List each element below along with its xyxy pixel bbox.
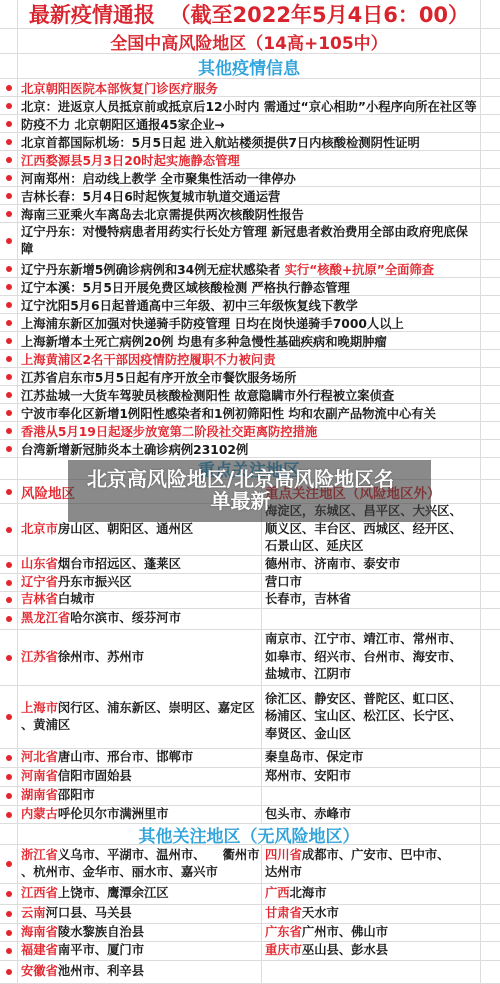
news-cell: 防疫不力 北京朝阳区通报45家企业→ (18, 115, 480, 132)
news-text: 上海黄浦区2名干部因疫情防控履职不力被问责 (21, 350, 276, 367)
risk-areas: 邵阳市 (58, 788, 95, 802)
risk-area-cell: 吉林省白城市 (18, 592, 262, 608)
subtitle-row: 全国中高风险地区（14高+105中） (0, 29, 500, 54)
risk-row: 湖南省邵阳市 (0, 787, 500, 806)
areas: 天水市 (302, 906, 339, 920)
news-row: 江苏省启东市5月5日起有序开放全市餐饮服务场所 (0, 368, 500, 386)
spare-cell (480, 332, 500, 349)
news-row: 海南三亚乘火车离岛去北京需提供两次核酸阴性报告 (0, 205, 500, 223)
bullet-cell (0, 368, 18, 385)
bullet-icon (6, 812, 12, 818)
news-cell: 辽宁本溪：5月5日开展免费区域核酸检测 严格执行静态管理 (18, 278, 480, 295)
focus-areas: 德州市、济南市、泰安市 (265, 556, 400, 573)
risk-area-cell: 山东省烟台市招远区、蓬莱区 (18, 556, 262, 573)
bullet-cell (0, 278, 18, 295)
risk-area-text: 黑龙江省哈尔滨市、绥芬河市 (21, 610, 181, 628)
focus-areas: 徐汇区、静安区、普陀区、虹口区、 杨浦区、宝山区、松江区、长宁区、 奉贤区、金山… (265, 691, 462, 744)
news-cell: 上海新增本土死亡病例20例 均患有多种急慢性基础疾病和晚期肿瘤 (18, 332, 480, 349)
news-cell: 宁波市奉化区新增1例阳性感染者和1例初筛阳性 均和农副产品物流中心有关 (18, 404, 480, 421)
news-row: 辽宁本溪：5月5日开展免费区域核酸检测 严格执行静态管理 (0, 278, 500, 296)
news-text: 吉林长春：5月4日6时起恢复城市轨道交通运营 (21, 187, 280, 204)
news-cell: 江苏盐城一大货车驾驶员核酸检测阳性 故意隐瞒市外行程被立案侦查 (18, 386, 480, 403)
news-text: 辽宁丹东：对慢特病患者用药实行长处方管理 新冠患者救治费用全部由政府兜底保障 (21, 224, 480, 259)
spare-cell (480, 54, 500, 78)
bullet-icon (6, 616, 12, 622)
bullet-icon (6, 655, 12, 661)
bullet-icon (6, 211, 12, 217)
bullet-icon (6, 714, 12, 720)
bullet-cell (0, 0, 18, 28)
other-left-text: 福建省南平市、厦门市 (21, 942, 144, 960)
other-heading: 其他关注地区（无风险地区） (18, 824, 480, 844)
province-label: 广东省 (265, 925, 302, 939)
province-label: 山东省 (21, 557, 58, 571)
province-label: 辽宁省 (21, 575, 58, 589)
spare-cell (480, 29, 500, 53)
risk-area-cell: 湖南省邵阳市 (18, 787, 262, 805)
risk-area-cell: 内蒙古呼伦贝尔市满洲里市 (18, 806, 262, 823)
bullet-icon (6, 527, 12, 533)
focus-areas: 包头市、赤峰市 (265, 806, 351, 823)
spare-cell (480, 0, 500, 28)
bullet-icon (6, 139, 12, 145)
news-cell: 台湾新增新冠肺炎本土确诊病例23102例 (18, 440, 480, 457)
bullet-cell (0, 787, 18, 805)
spare-cell (480, 187, 500, 204)
bullet-icon (6, 284, 12, 290)
focus-area-cell: 营口市 (262, 574, 480, 591)
focus-area-cell: 南京市、江宁市、靖江市、常州市、 如皋市、绍兴市、台州市、海安市、 盐城市、江阴… (262, 630, 480, 685)
areas: 上饶市、鹰潭余江区 (58, 886, 169, 900)
province-label: 河北省 (21, 750, 58, 764)
risk-area-cell: 河南省信阳市固始县 (18, 768, 262, 786)
news-cell: 北京首都国际机场：5月5日起 进入航站楼须提供7日内核酸检测阴性证明 (18, 133, 480, 150)
bullet-cell (0, 942, 18, 960)
bullet-cell (0, 504, 18, 555)
areas: 陵水黎族自治县 (58, 925, 144, 939)
bullet-cell (0, 169, 18, 186)
spare-cell (480, 845, 500, 883)
risk-row: 内蒙古呼伦贝尔市满洲里市 包头市、赤峰市 (0, 806, 500, 824)
bullet-icon (6, 157, 12, 163)
spare-cell (480, 260, 500, 277)
bullet-icon (6, 356, 12, 362)
bullet-cell (0, 574, 18, 591)
risk-area-cell: 上海市闵行区、浦东新区、崇明区、嘉定区 、黄浦区 (18, 686, 262, 748)
news-text: 台湾新增新冠肺炎本土确诊病例23102例 (21, 440, 248, 457)
bullet-cell (0, 97, 18, 114)
bullet-cell (0, 884, 18, 904)
other-right-text: 重庆市巫山县、彭水县 (265, 942, 388, 960)
focus-area-cell: 秦皇岛市、保定市 (262, 749, 480, 767)
bullet-icon (6, 446, 12, 452)
risk-row: 河南省信阳市固始县 郑州市、安阳市 (0, 768, 500, 787)
other-left-cell: 安徽省池州市、利辛县 (18, 961, 262, 983)
news-cell: 江苏省启东市5月5日起有序开放全市餐饮服务场所 (18, 368, 480, 385)
other-left-cell: 福建省南平市、厦门市 (18, 942, 262, 960)
news-row: 宁波市奉化区新增1例阳性感染者和1例初筛阳性 均和农副产品物流中心有关 (0, 404, 500, 422)
news-row: 北京朝阳医院本部恢复门诊医疗服务 (0, 79, 500, 97)
focus-area-cell: 长春市，吉林省 (262, 592, 480, 608)
province-label: 内蒙古 (21, 807, 58, 821)
bullet-cell (0, 223, 18, 259)
risk-areas: 徐州市、苏州市 (58, 650, 144, 664)
spare-cell (480, 942, 500, 960)
spare-cell (480, 169, 500, 186)
risk-areas: 哈尔滨市、绥芬河市 (70, 611, 181, 625)
bullet-cell (0, 924, 18, 941)
spare-cell (480, 787, 500, 805)
news-text: 北京首都国际机场：5月5日起 进入航站楼须提供7日内核酸检测阴性证明 (21, 133, 420, 150)
focus-area-cell (262, 609, 480, 629)
bullet-icon (6, 930, 12, 936)
other-row: 云南河口县、马关县 甘肃省天水市 (0, 905, 500, 924)
province-label: 湖南省 (21, 788, 58, 802)
bullet-cell (0, 845, 18, 883)
risk-areas: 白城市 (58, 592, 95, 606)
risk-row: 吉林省白城市 长春市，吉林省 (0, 592, 500, 609)
risk-areas: 丹东市振兴区 (58, 575, 132, 589)
other-row: 安徽省池州市、利辛县 (0, 961, 500, 984)
spare-cell (480, 314, 500, 331)
bullet-icon (6, 103, 12, 109)
spare-cell (480, 768, 500, 786)
bullet-icon (6, 969, 12, 975)
focus-areas: 秦皇岛市、保定市 (265, 749, 363, 767)
news-text: 海南三亚乘火车离岛去北京需提供两次核酸阴性报告 (21, 205, 304, 222)
bullet-icon (6, 793, 12, 799)
province-label: 福建省 (21, 943, 58, 957)
news-cell: 香港从5月19日起逐步放宽第二阶段社交距离防控措施 (18, 422, 480, 439)
spare-cell (480, 884, 500, 904)
bullet-icon (6, 121, 12, 127)
bullet-cell (0, 905, 18, 923)
focus-area-cell: 包头市、赤峰市 (262, 806, 480, 823)
bullet-icon (6, 948, 12, 954)
news-cell: 北京：进返京人员抵京前或抵京后12小时内 需通过“京心相助”小程序向所在社区等 (18, 97, 480, 114)
news-heading: 其他疫情信息 (18, 54, 480, 78)
other-right-cell: 甘肃省天水市 (262, 905, 480, 923)
other-heading-row: 其他关注地区（无风险地区） (0, 824, 500, 845)
other-row: 江西省上饶市、鹰潭余江区 广西北海市 (0, 884, 500, 905)
bullet-cell (0, 296, 18, 313)
areas: 南平市、厦门市 (58, 943, 144, 957)
spare-cell (480, 574, 500, 591)
focus-area-cell: 郑州市、安阳市 (262, 768, 480, 786)
news-row: 香港从5月19日起逐步放宽第二阶段社交距离防控措施 (0, 422, 500, 440)
bullet-icon (6, 410, 12, 416)
province-label: 广西 (265, 886, 290, 900)
spare-cell (480, 205, 500, 222)
risk-area-text: 山东省烟台市招远区、蓬莱区 (21, 556, 181, 573)
areas: 池州市、利辛县 (58, 964, 144, 978)
other-row: 福建省南平市、厦门市 重庆市巫山县、彭水县 (0, 942, 500, 961)
focus-area-cell: 德州市、济南市、泰安市 (262, 556, 480, 573)
bullet-icon (6, 428, 12, 434)
bullet-cell (0, 350, 18, 367)
bullet-cell (0, 556, 18, 573)
news-text: 上海浦东新区加强对快递骑手防疫管理 日均在岗快递骑手7000人以上 (21, 314, 404, 331)
areas: 广州市、佛山市 (302, 925, 388, 939)
spare-cell (480, 924, 500, 941)
bullet-icon (6, 175, 12, 181)
bullet-cell (0, 29, 18, 53)
spare-cell (480, 480, 500, 503)
province-label: 吉林省 (21, 592, 58, 606)
province-label: 江西省 (21, 886, 58, 900)
news-text: 宁波市奉化区新增1例阳性感染者和1例初筛阳性 均和农副产品物流中心有关 (21, 404, 436, 421)
province-label: 河南省 (21, 769, 58, 783)
news-row: 上海浦东新区加强对快递骑手防疫管理 日均在岗快递骑手7000人以上 (0, 314, 500, 332)
spare-cell (480, 592, 500, 608)
bullet-icon (6, 755, 12, 761)
spare-cell (480, 97, 500, 114)
other-right-cell: 四川省成都市、广安市、巴中市、 达州市 (262, 845, 480, 883)
spare-cell (480, 115, 500, 132)
news-text: 北京朝阳医院本部恢复门诊医疗服务 (21, 79, 218, 96)
other-row: 浙江省义乌市、平湖市、温州市、 衢州市 、杭州市、金华市、丽水市、嘉兴市 四川省… (0, 845, 500, 884)
risk-area-cell: 辽宁省丹东市振兴区 (18, 574, 262, 591)
bullet-icon (6, 562, 12, 568)
other-right-cell: 广东省广州市、佛山市 (262, 924, 480, 941)
other-right-text: 广西北海市 (265, 885, 327, 903)
province-label: 黑龙江省 (21, 611, 70, 625)
news-row: 北京：进返京人员抵京前或抵京后12小时内 需通过“京心相助”小程序向所在社区等 (0, 97, 500, 115)
risk-areas: 唐山市、邢台市、邯郸市 (58, 750, 193, 764)
areas: 巫山县、彭水县 (302, 943, 388, 957)
focus-area-cell (262, 787, 480, 805)
bullet-icon (6, 302, 12, 308)
spare-cell (480, 504, 500, 555)
province-label: 四川省 (265, 848, 302, 862)
bullet-icon (6, 911, 12, 917)
news-text: 辽宁丹东新增5例确诊病例和34例无症状感染者 (21, 263, 285, 277)
other-right-text: 甘肃省天水市 (265, 905, 339, 923)
bullet-cell (0, 115, 18, 132)
news-text: 防疫不力 北京朝阳区通报45家企业→ (21, 115, 225, 132)
province-label: 重庆市 (265, 943, 302, 957)
province-label: 甘肃省 (265, 906, 302, 920)
other-left-cell: 云南河口县、马关县 (18, 905, 262, 923)
bullet-cell (0, 480, 18, 503)
bullet-icon (6, 374, 12, 380)
spare-cell (480, 630, 500, 685)
bullet-cell (0, 768, 18, 786)
spare-cell (480, 79, 500, 96)
news-cell: 吉林长春：5月4日6时起恢复城市轨道交通运营 (18, 187, 480, 204)
news-text: 辽宁沈阳5月6日起普通高中三年级、初中三年级恢复线下教学 (21, 296, 358, 313)
province-label: 云南 (21, 906, 46, 920)
bullet-icon (6, 193, 12, 199)
spare-cell (480, 386, 500, 403)
risk-area-text: 江苏省徐州市、苏州市 (21, 649, 144, 667)
bullet-cell (0, 824, 18, 844)
focus-areas: 长春市，吉林省 (265, 592, 351, 608)
risk-area-text: 北京市房山区、朝阳区、通州区 (21, 521, 193, 539)
bullet-icon (6, 597, 12, 603)
spare-cell (480, 556, 500, 573)
spare-cell (480, 133, 500, 150)
bullet-cell (0, 422, 18, 439)
risk-area-cell: 江苏省徐州市、苏州市 (18, 630, 262, 685)
news-text: 江苏省启东市5月5日起有序开放全市餐饮服务场所 (21, 368, 296, 385)
bullet-icon (6, 774, 12, 780)
bullet-cell (0, 260, 18, 277)
other-left-text: 海南省陵水黎族自治县 (21, 924, 144, 941)
risk-area-text: 吉林省白城市 (21, 592, 95, 608)
spare-cell (480, 440, 500, 457)
other-left-cell: 海南省陵水黎族自治县 (18, 924, 262, 941)
province-label: 浙江省 (21, 848, 58, 862)
bullet-cell (0, 630, 18, 685)
spare-cell (480, 806, 500, 823)
news-text: 香港从5月19日起逐步放宽第二阶段社交距离防控措施 (21, 422, 317, 439)
news-cell: 辽宁丹东新增5例确诊病例和34例无症状感染者 实行“核酸+抗原”全面筛查 (18, 260, 480, 277)
other-right-text: 广东省广州市、佛山市 (265, 924, 388, 941)
other-right-cell: 广西北海市 (262, 884, 480, 904)
spare-cell (480, 151, 500, 168)
news-row: 北京首都国际机场：5月5日起 进入航站楼须提供7日内核酸检测阴性证明 (0, 133, 500, 151)
bullet-cell (0, 314, 18, 331)
title-row: 最新疫情通报 （截至2022年5月4日6：00） (0, 0, 500, 29)
bullet-icon (6, 266, 12, 272)
province-label: 上海市 (21, 701, 58, 715)
news-cell: 北京朝阳医院本部恢复门诊医疗服务 (18, 79, 480, 96)
risk-area-text: 湖南省邵阳市 (21, 787, 95, 805)
risk-areas: 信阳市固始县 (58, 769, 132, 783)
bullet-cell (0, 686, 18, 748)
caption-overlay: 北京高风险地区/北京高风险地区名单最新 (68, 460, 431, 522)
news-highlight: 实行“核酸+抗原”全面筛查 (285, 263, 434, 277)
risk-row: 江苏省徐州市、苏州市 南京市、江宁市、靖江市、常州市、 如皋市、绍兴市、台州市、… (0, 630, 500, 686)
spare-cell (480, 458, 500, 479)
bullet-cell (0, 961, 18, 983)
other-row: 海南省陵水黎族自治县 广东省广州市、佛山市 (0, 924, 500, 942)
news-row: 河南郑州：启动线上教学 全市聚集性活动一律停办 (0, 169, 500, 187)
province-label: 安徽省 (21, 964, 58, 978)
bullet-cell (0, 54, 18, 78)
bullet-icon (6, 320, 12, 326)
news-text: 江西婺源县5月3日20时起实施静态管理 (21, 151, 240, 168)
news-cell: 辽宁沈阳5月6日起普通高中三年级、初中三年级恢复线下教学 (18, 296, 480, 313)
news-heading-row: 其他疫情信息 (0, 54, 500, 79)
other-right-cell: 重庆市巫山县、彭水县 (262, 942, 480, 960)
report-subtitle: 全国中高风险地区（14高+105中） (18, 29, 480, 53)
risk-area-cell: 黑龙江省哈尔滨市、绥芬河市 (18, 609, 262, 629)
news-text-wrap: 辽宁丹东新增5例确诊病例和34例无症状感染者 实行“核酸+抗原”全面筛查 (21, 260, 434, 277)
spare-cell (480, 296, 500, 313)
bullet-cell (0, 806, 18, 823)
bullet-cell (0, 151, 18, 168)
news-row: 辽宁沈阳5月6日起普通高中三年级、初中三年级恢复线下教学 (0, 296, 500, 314)
news-row: 上海黄浦区2名干部因疫情防控履职不力被问责 (0, 350, 500, 368)
risk-area-text: 河南省信阳市固始县 (21, 768, 132, 786)
bullet-cell (0, 592, 18, 608)
risk-areas: 烟台市招远区、蓬莱区 (58, 557, 181, 571)
other-left-text: 浙江省义乌市、平湖市、温州市、 衢州市 、杭州市、金华市、丽水市、嘉兴市 (21, 847, 260, 882)
spare-cell (480, 350, 500, 367)
other-left-text: 安徽省池州市、利辛县 (21, 963, 144, 981)
bullet-cell (0, 386, 18, 403)
province-label: 北京市 (21, 522, 58, 536)
spare-cell (480, 961, 500, 983)
spare-cell (480, 223, 500, 259)
other-left-text: 云南河口县、马关县 (21, 905, 132, 923)
focus-areas: 郑州市、安阳市 (265, 768, 351, 786)
news-text: 江苏盐城一大货车驾驶员核酸检测阳性 故意隐瞒市外行程被立案侦查 (21, 386, 394, 403)
province-label: 江苏省 (21, 650, 58, 664)
risk-row: 上海市闵行区、浦东新区、崇明区、嘉定区 、黄浦区 徐汇区、静安区、普陀区、虹口区… (0, 686, 500, 749)
risk-row: 河北省唐山市、邢台市、邯郸市 秦皇岛市、保定市 (0, 749, 500, 768)
news-text: 北京：进返京人员抵京前或抵京后12小时内 需通过“京心相助”小程序向所在社区等 (21, 97, 477, 114)
news-cell: 上海黄浦区2名干部因疫情防控履职不力被问责 (18, 350, 480, 367)
other-left-text: 江西省上饶市、鹰潭余江区 (21, 885, 169, 903)
risk-area-text: 辽宁省丹东市振兴区 (21, 574, 132, 591)
news-row: 防疫不力 北京朝阳区通报45家企业→ (0, 115, 500, 133)
risk-row: 辽宁省丹东市振兴区 营口市 (0, 574, 500, 592)
bullet-cell (0, 187, 18, 204)
news-text: 辽宁本溪：5月5日开展免费区域核酸检测 严格执行静态管理 (21, 278, 350, 295)
risk-area-text: 河北省唐山市、邢台市、邯郸市 (21, 749, 193, 767)
bullet-cell (0, 609, 18, 629)
risk-area-cell: 河北省唐山市、邢台市、邯郸市 (18, 749, 262, 767)
other-left-cell: 江西省上饶市、鹰潭余江区 (18, 884, 262, 904)
areas: 河口县、马关县 (46, 906, 132, 920)
bullet-cell (0, 458, 18, 479)
other-right-text: 四川省成都市、广安市、巴中市、 达州市 (265, 847, 449, 882)
bullet-icon (6, 580, 12, 586)
news-row: 台湾新增新冠肺炎本土确诊病例23102例 (0, 440, 500, 458)
spare-cell (480, 368, 500, 385)
report-title: 最新疫情通报 （截至2022年5月4日6：00） (18, 0, 480, 28)
news-row: 吉林长春：5月4日6时起恢复城市轨道交通运营 (0, 187, 500, 205)
bullet-cell (0, 133, 18, 150)
spare-cell (480, 686, 500, 748)
risk-areas: 呼伦贝尔市满洲里市 (58, 807, 169, 821)
other-left-cell: 浙江省义乌市、平湖市、温州市、 衢州市 、杭州市、金华市、丽水市、嘉兴市 (18, 845, 262, 883)
news-row: 江苏盐城一大货车驾驶员核酸检测阳性 故意隐瞒市外行程被立案侦查 (0, 386, 500, 404)
risk-area-text: 上海市闵行区、浦东新区、崇明区、嘉定区 、黄浦区 (21, 700, 255, 735)
news-cell: 海南三亚乘火车离岛去北京需提供两次核酸阴性报告 (18, 205, 480, 222)
province-label: 海南省 (21, 925, 58, 939)
spare-cell (480, 824, 500, 844)
bullet-icon (6, 85, 12, 91)
news-cell: 辽宁丹东：对慢特病患者用药实行长处方管理 新冠患者救治费用全部由政府兜底保障 (18, 223, 480, 259)
risk-row: 黑龙江省哈尔滨市、绥芬河市 (0, 609, 500, 630)
news-cell: 河南郑州：启动线上教学 全市聚集性活动一律停办 (18, 169, 480, 186)
bullet-cell (0, 749, 18, 767)
bullet-icon (6, 238, 12, 244)
focus-areas: 南京市、江宁市、靖江市、常州市、 如皋市、绍兴市、台州市、海安市、 盐城市、江阴… (265, 631, 462, 684)
focus-area-cell: 徐汇区、静安区、普陀区、虹口区、 杨浦区、宝山区、松江区、长宁区、 奉贤区、金山… (262, 686, 480, 748)
focus-areas: 营口市 (265, 574, 302, 591)
spare-cell (480, 609, 500, 629)
bullet-icon (6, 489, 12, 495)
risk-area-text: 内蒙古呼伦贝尔市满洲里市 (21, 806, 169, 823)
bullet-icon (6, 338, 12, 344)
areas: 北海市 (290, 886, 327, 900)
news-row: 上海新增本土死亡病例20例 均患有多种急慢性基础疾病和晚期肿瘤 (0, 332, 500, 350)
news-cell: 江西婺源县5月3日20时起实施静态管理 (18, 151, 480, 168)
bullet-icon (6, 861, 12, 867)
bullet-cell (0, 440, 18, 457)
news-cell: 上海浦东新区加强对快递骑手防疫管理 日均在岗快递骑手7000人以上 (18, 314, 480, 331)
bullet-icon (6, 891, 12, 897)
bullet-cell (0, 79, 18, 96)
bullet-cell (0, 205, 18, 222)
bullet-cell (0, 332, 18, 349)
spare-cell (480, 404, 500, 421)
